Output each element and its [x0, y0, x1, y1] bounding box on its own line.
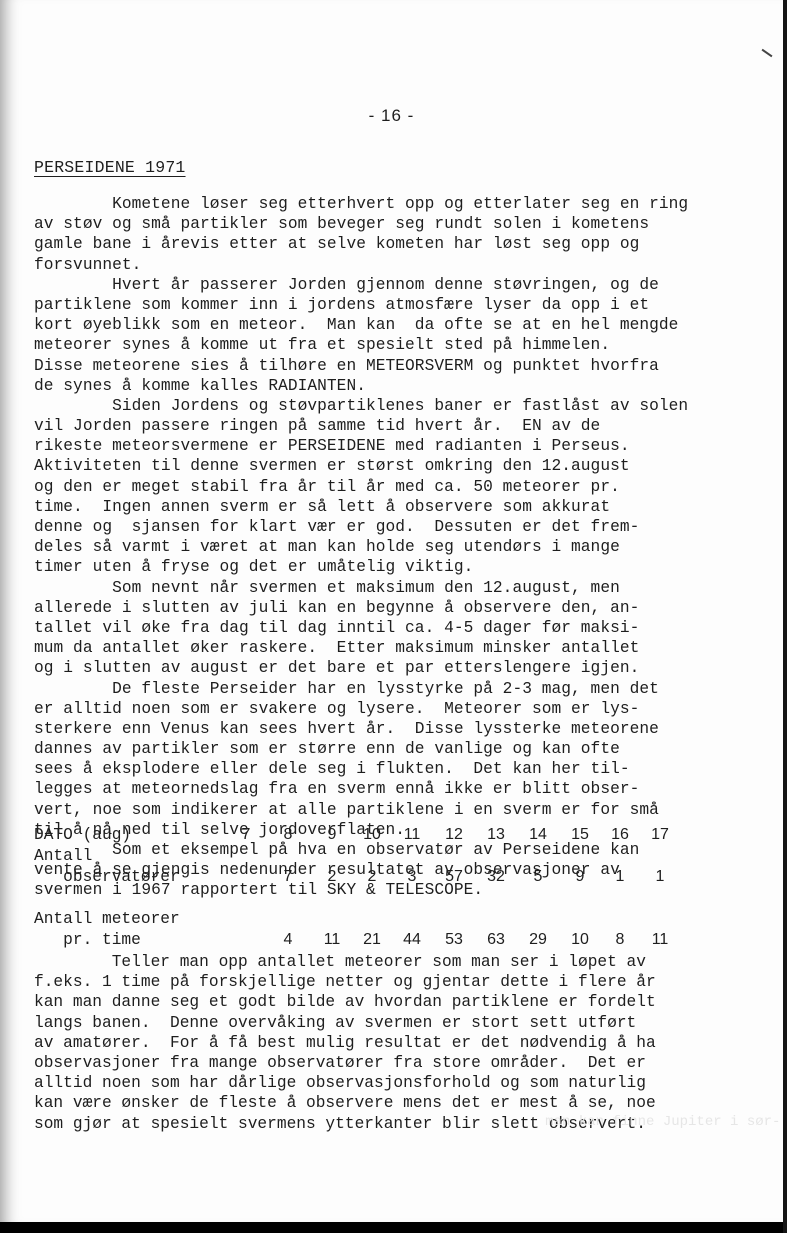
text-line: vert, noe som indikerer at alle partikle… [34, 800, 774, 820]
body-text-before-table: Kometene løser seg etterhvert opp og ett… [34, 194, 774, 901]
table-cell-observers: 1 [644, 868, 676, 886]
text-line: Siden Jordens og støvpartiklenes baner e… [34, 396, 774, 416]
table-cell-date: 8 [272, 826, 304, 844]
text-line: sterkere enn Venus kan sees hvert år. Di… [34, 719, 774, 739]
text-line: langs banen. Denne overvåking av svermen… [34, 1013, 774, 1033]
text-line: av støv og små partikler som beveger seg… [34, 214, 774, 234]
table-cell-observers: 2 [356, 868, 388, 886]
text-line: f.eks. 1 time på forskjellige netter og … [34, 972, 774, 992]
text-line: alltid noen som har dårlige observasjons… [34, 1073, 774, 1093]
table-label-observatorer: observatører [34, 868, 180, 886]
table-cell-meteors: 63 [480, 931, 512, 949]
table-cell-date: 14 [522, 826, 554, 844]
table-cell-date: 16 [604, 826, 636, 844]
text-line: Disse meteorene sies å tilhøre en METEOR… [34, 356, 774, 376]
table-cell-date: 12 [438, 826, 470, 844]
scan-edge [783, 0, 787, 1233]
text-line: sees å eksplodere eller dele seg i flukt… [34, 759, 774, 779]
table-cell-observers: 7 [272, 868, 304, 886]
table-label-antall-meteorer: Antall meteorer [34, 910, 180, 928]
table-row-observers: observatører 722357325911 [34, 868, 734, 889]
table-label-antall: Antall [34, 847, 92, 865]
text-line: tallet vil øke fra dag til dag inntil ca… [34, 618, 774, 638]
text-line: denne og sjansen for klart vær er god. D… [34, 517, 774, 537]
body-text-after-table: Teller man opp antallet meteorer som man… [34, 952, 774, 1134]
text-line: vil Jorden passere ringen på samme tid h… [34, 416, 774, 436]
table-cell-meteors: 29 [522, 931, 554, 949]
text-line: kort øyeblikk som en meteor. Man kan da … [34, 315, 774, 335]
text-line: rikeste meteorsvermene er PERSEIDENE med… [34, 436, 774, 456]
table-cell-observers: 1 [604, 868, 636, 886]
text-line: er alltid noen som er svakere og lysere.… [34, 699, 774, 719]
table-label-pr-time: pr. time [34, 931, 141, 949]
bleed-through-text: man kan finne Jupiter i sør- I slutten a… [520, 1114, 787, 1131]
text-line: de synes å komme kalles RADIANTEN. [34, 376, 774, 396]
page-title: PERSEIDENE 1971 [34, 158, 186, 177]
text-line: og den er meget stabil fra år til år med… [34, 477, 774, 497]
table-cell-date: 15 [564, 826, 596, 844]
text-line: allerede i slutten av juli kan en begynn… [34, 598, 774, 618]
text-line: Teller man opp antallet meteorer som man… [34, 952, 774, 972]
text-line: meteorer synes å komme ut fra et spesiel… [34, 335, 774, 355]
table-row-meteors: pr. time 411214453632910811 [34, 931, 734, 952]
table-cell-observers: 2 [316, 868, 348, 886]
table-cell-date: 11 [396, 826, 428, 844]
text-line: og i slutten av august er det bare et pa… [34, 658, 774, 678]
text-line: observasjoner fra mange observatører fra… [34, 1053, 774, 1073]
text-line: Hvert år passerer Jorden gjennom denne s… [34, 275, 774, 295]
text-line: deles så varmt i været at man kan holde … [34, 537, 774, 557]
table-cell-meteors: 11 [644, 931, 676, 949]
table-cell-date: 13 [480, 826, 512, 844]
observation-table: DATO (aug) 7891011121314151617 Antall ob… [34, 826, 734, 952]
table-cell-meteors: 10 [564, 931, 596, 949]
text-line: man kan finne Jupiter i sør- [520, 1114, 780, 1130]
document-page: - 16 - PERSEIDENE 1971 Kometene løser se… [0, 0, 783, 1222]
table-cell-date: 17 [644, 826, 676, 844]
text-line: timer uten å fryse og det er umåtelig vi… [34, 557, 774, 577]
text-line: kan være ønsker de fleste å observere me… [34, 1093, 774, 1113]
table-cell-meteors: 53 [438, 931, 470, 949]
table-cell-observers: 57 [438, 868, 470, 886]
text-line: Som nevnt når svermen et maksimum den 12… [34, 578, 774, 598]
table-row-dates: DATO (aug) 7891011121314151617 [34, 826, 734, 847]
text-line: time. Ingen annen sverm er så lett å obs… [34, 497, 774, 517]
text-line: mum da antallet øker raskere. Etter maks… [34, 638, 774, 658]
text-line: partiklene som kommer inn i jordens atmo… [34, 295, 774, 315]
text-line: Aktiviteten til denne svermen er størst … [34, 456, 774, 476]
text-line: dannes av partikler som er større enn de… [34, 739, 774, 759]
table-row-spacer [34, 889, 734, 910]
text-line: forsvunnet. [34, 255, 774, 275]
table-row-meteors-label: Antall meteorer [34, 910, 734, 931]
table-cell-meteors: 44 [396, 931, 428, 949]
text-line: De fleste Perseider har en lysstyrke på … [34, 679, 774, 699]
table-cell-date: 9 [316, 826, 348, 844]
table-cell-meteors: 8 [604, 931, 636, 949]
page-number: - 16 - [0, 106, 783, 126]
table-cell-date: 7 [230, 826, 262, 844]
table-cell-observers: 3 [396, 868, 428, 886]
table-row-observers-label: Antall [34, 847, 734, 868]
table-cell-meteors: 21 [356, 931, 388, 949]
text-line: Kometene løser seg etterhvert opp og ett… [34, 194, 774, 214]
text-line: gamle bane i årevis etter at selve komet… [34, 234, 774, 254]
table-cell-observers: 32 [480, 868, 512, 886]
text-line: av amatører. For å få best mulig resulta… [34, 1033, 774, 1053]
table-cell-date: 10 [356, 826, 388, 844]
text-line: legges at meteornedslag fra en sverm enn… [34, 779, 774, 799]
text-line: kan man danne seg et godt bilde av hvord… [34, 992, 774, 1012]
table-label-dato: DATO (aug) [34, 826, 131, 844]
table-cell-observers: 5 [522, 868, 554, 886]
table-cell-meteors: 11 [316, 931, 348, 949]
table-cell-observers: 9 [564, 868, 596, 886]
scan-mark [762, 49, 773, 58]
table-cell-meteors: 4 [272, 931, 304, 949]
